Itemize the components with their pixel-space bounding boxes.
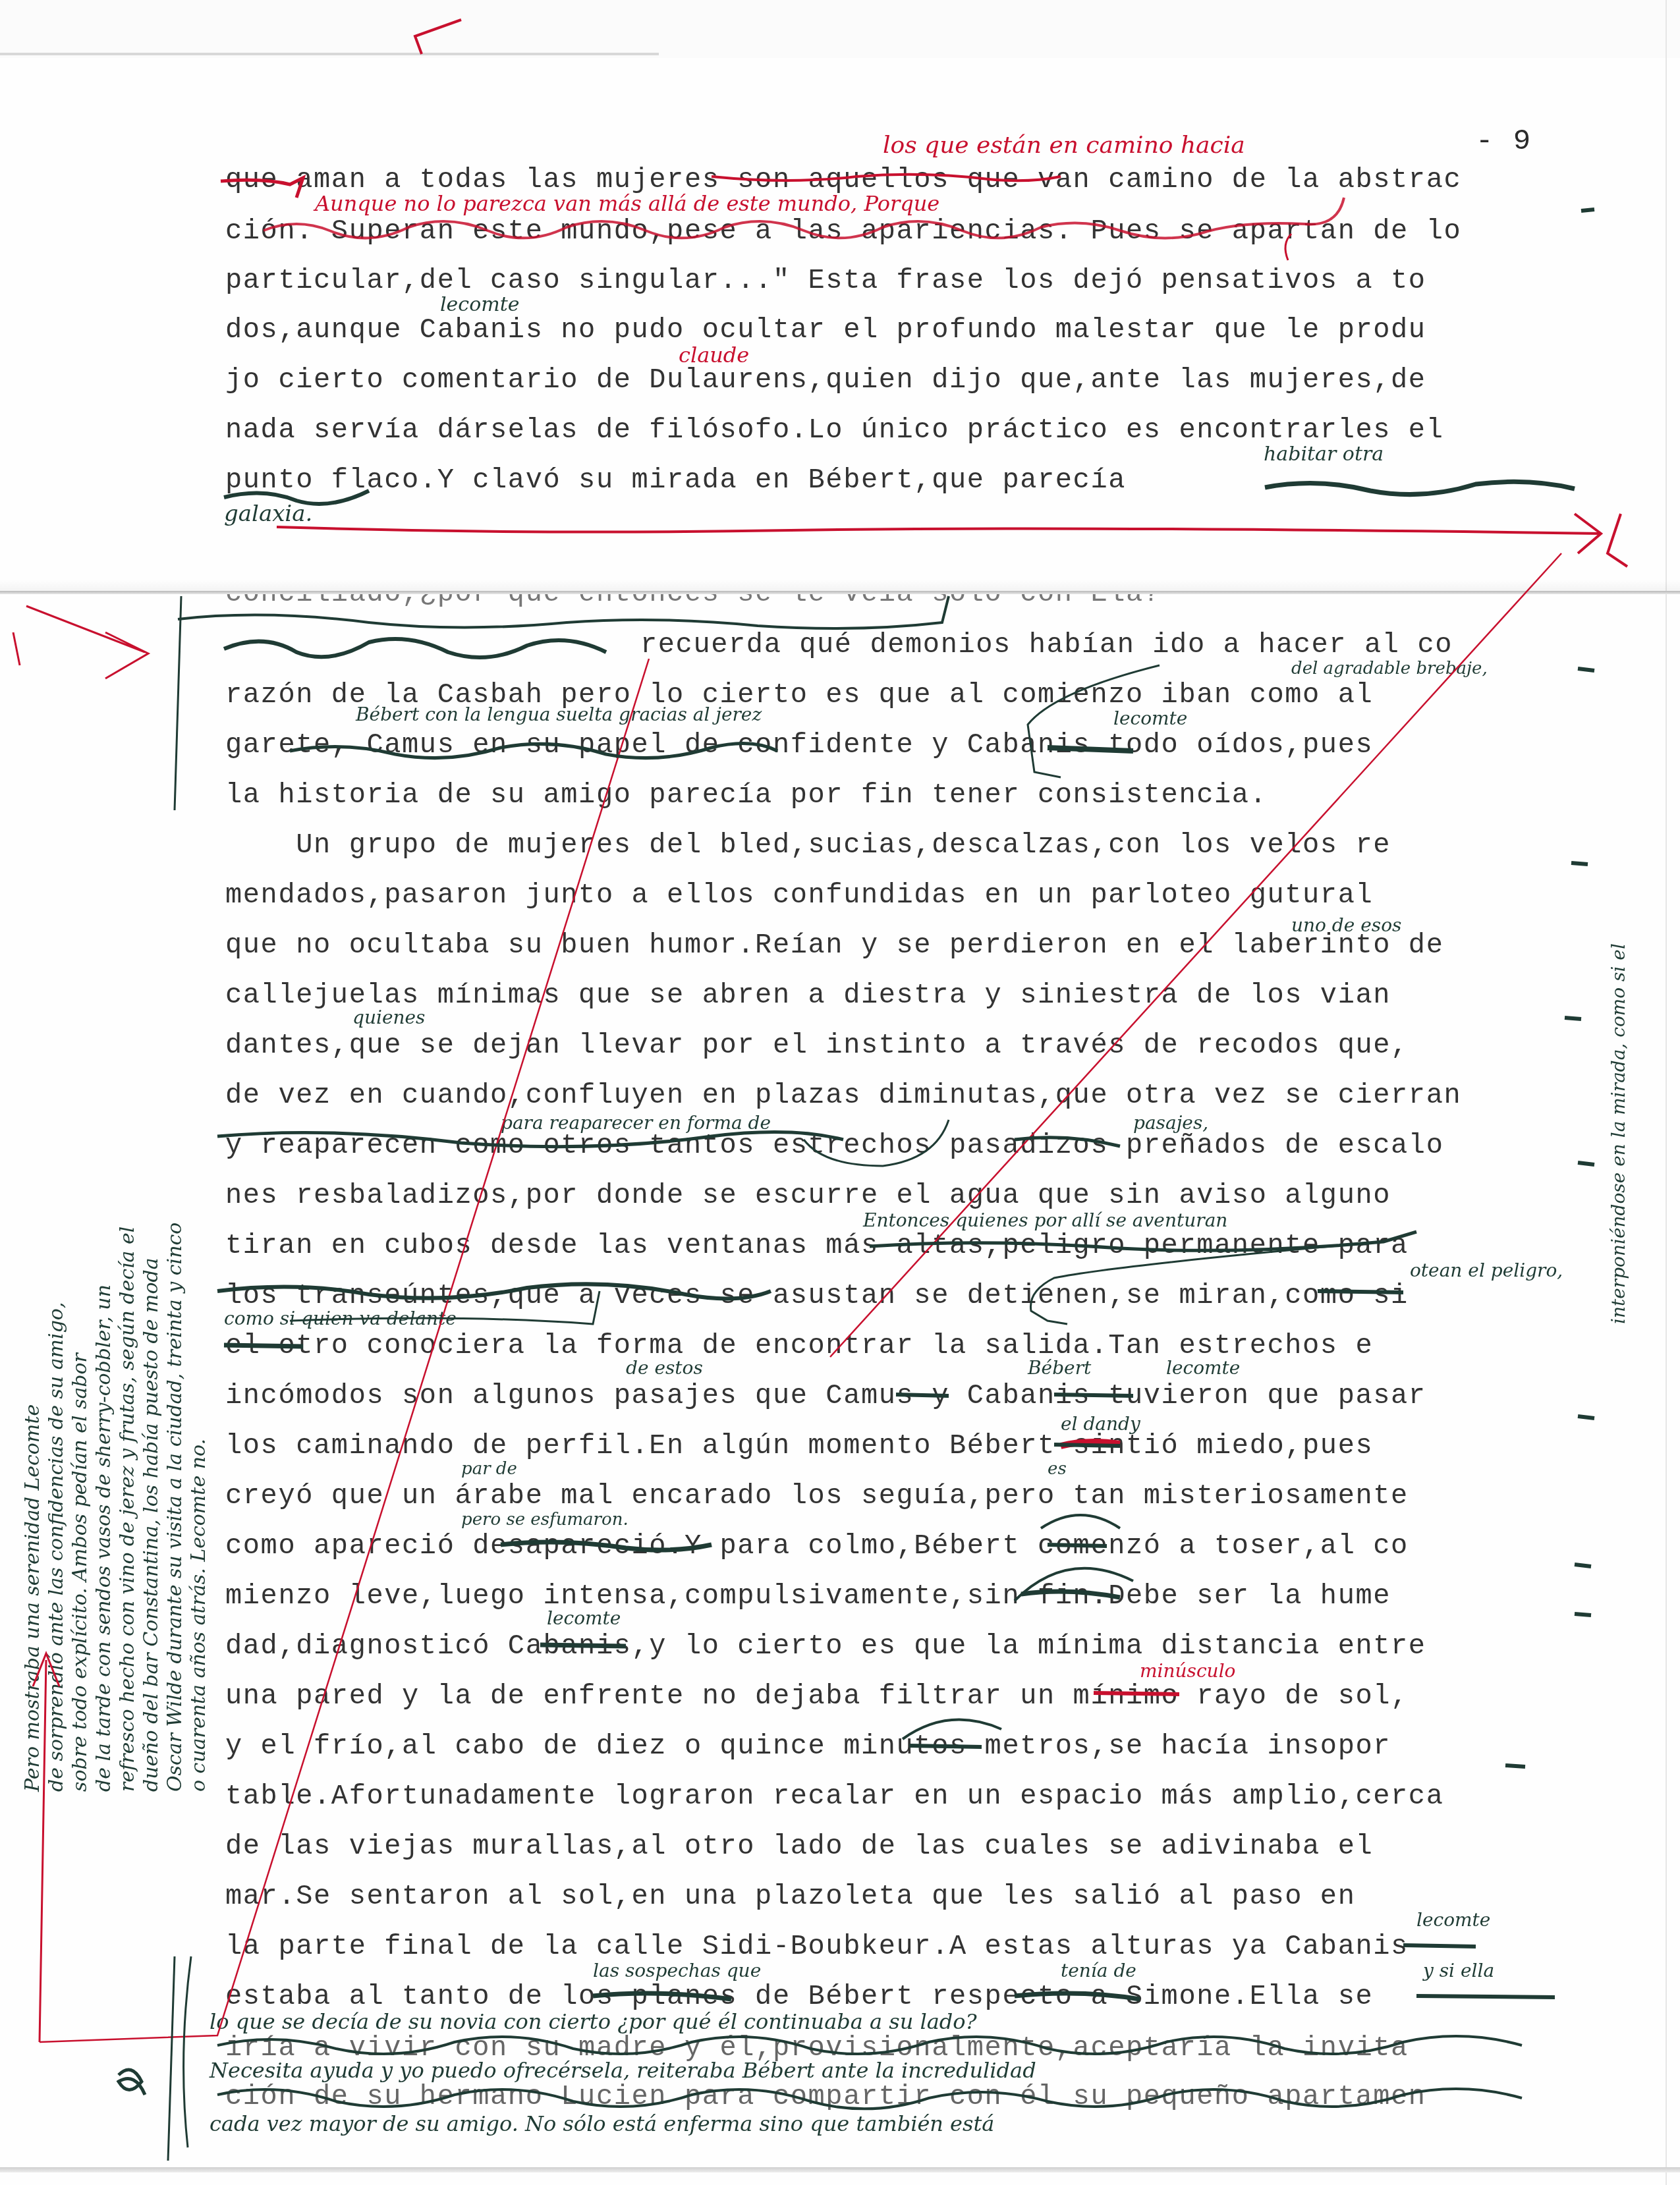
margin-bracket bbox=[175, 596, 181, 810]
hyphen-mark bbox=[1571, 863, 1588, 864]
arc-mark bbox=[1041, 1515, 1120, 1528]
typed-line: y reaparecen como otros tantos estrechos… bbox=[225, 1132, 1443, 1159]
typed-line: la parte final de la calle Sidi-Boubkeur… bbox=[225, 1933, 1409, 1960]
typed-line: mar.Se sentaron al sol,en una plazoleta … bbox=[225, 1883, 1355, 1910]
left-margin-note-line: o cuarenta años atrás. Lecomte no. bbox=[187, 1439, 210, 1792]
handwritten-insert: quienes bbox=[352, 1007, 425, 1028]
hyphen-mark bbox=[1578, 1163, 1594, 1165]
typed-line: jo cierto comentario de Dulaurens,quien … bbox=[225, 366, 1426, 394]
handwritten-insert: cada vez mayor de su amigo. No sólo está… bbox=[210, 2111, 994, 2136]
handwritten-insert: es bbox=[1048, 1459, 1067, 1479]
typed-line: nes resbaladizos,por donde se escurre el… bbox=[225, 1182, 1391, 1209]
handwritten-insert: otean el peligro, bbox=[1410, 1259, 1563, 1281]
paper-bottom-edge bbox=[0, 2167, 1680, 2172]
left-margin-note-line: de la tarde con sendos vasos de sherry-c… bbox=[92, 1285, 115, 1792]
handwritten-insert: lecomte bbox=[1416, 1909, 1490, 1931]
hyphen-mark bbox=[1575, 1564, 1591, 1566]
scribble-strikeout bbox=[224, 639, 606, 657]
typed-line: que aman a todas las mujeres son aquello… bbox=[225, 166, 1461, 194]
handwritten-insert: minúsculo bbox=[1140, 1660, 1235, 1682]
red-long-arrow bbox=[277, 527, 1601, 534]
typed-line: table.Afortunadamente lograron recalar e… bbox=[225, 1783, 1443, 1810]
handwritten-insert: el dandy bbox=[1061, 1413, 1140, 1435]
handwritten-insert: para reaparecer en forma de bbox=[501, 1112, 771, 1134]
paper-edge bbox=[0, 53, 659, 55]
handwritten-insert: par de bbox=[461, 1459, 517, 1479]
handwritten-insert: como si quien va delante bbox=[224, 1308, 457, 1329]
hyphen-mark bbox=[1578, 669, 1594, 671]
scribble-doodle-icon bbox=[119, 2070, 145, 2095]
handwritten-insert: lecomte bbox=[547, 1607, 621, 1629]
red-left-arrow-icon bbox=[26, 606, 148, 678]
left-margin-note-line: refresco hecho con vino de jerez y fruta… bbox=[116, 1227, 139, 1792]
paper-right-edge bbox=[1666, 0, 1667, 2185]
paste-over-seam bbox=[0, 591, 1680, 594]
typed-line: Un grupo de mujeres del bled,sucias,desc… bbox=[225, 831, 1391, 859]
margin-bracket bbox=[168, 1956, 175, 2161]
left-margin-note-line: Pero mostraba una serenidad Lecomte bbox=[21, 1404, 44, 1792]
typed-line: una pared y la de enfrente no dejaba fil… bbox=[225, 1682, 1409, 1710]
handwritten-insert: Entonces quienes por allí se aventuran bbox=[863, 1209, 1227, 1231]
hyphen-mark bbox=[1575, 1614, 1591, 1615]
handwritten-insert: lecomte bbox=[1166, 1357, 1240, 1379]
handwritten-insert: Necesita ayuda y yo puedo ofrecérsela, r… bbox=[210, 2058, 1036, 2083]
typed-line: los transeúntes,que a veces se asustan s… bbox=[225, 1282, 1409, 1310]
margin-bracket bbox=[184, 1956, 191, 2147]
typed-line: como apareció desapareció.Y para colmo,B… bbox=[225, 1532, 1409, 1560]
left-margin-note-line: sobre todo explícito. Ambos pedían el sa… bbox=[69, 1353, 92, 1792]
left-margin-note-line: Oscar Wilde durante su visita a la ciuda… bbox=[163, 1223, 186, 1792]
typed-line: mienzo leve,luego intensa,compulsivament… bbox=[225, 1582, 1391, 1610]
handwritten-insert: uno de esos bbox=[1291, 914, 1401, 936]
typed-line: que no ocultaba su buen humor.Reían y se… bbox=[225, 931, 1443, 959]
left-margin-note-line: dueño del bar Constantina, los había pue… bbox=[140, 1258, 163, 1792]
handwritten-insert: claude bbox=[679, 343, 749, 368]
hyphen-mark bbox=[1581, 209, 1594, 211]
typed-line: nada servía dárselas de filósofo.Lo únic… bbox=[225, 416, 1443, 444]
scribble-strikeout bbox=[1403, 1945, 1476, 1947]
typed-line: tiran en cubos desde las ventanas más al… bbox=[225, 1232, 1409, 1259]
handwritten-insert: Bébert bbox=[1028, 1357, 1091, 1379]
typed-line: ción. Superan este mundo,pese a las apar… bbox=[225, 217, 1461, 245]
handwritten-insert: lecomte bbox=[440, 293, 519, 316]
hyphen-mark bbox=[1578, 1416, 1594, 1418]
top-paper-strip bbox=[0, 0, 1680, 58]
handwritten-insert: pasajes, bbox=[1133, 1112, 1208, 1134]
handwritten-insert: los que están en camino hacia bbox=[883, 132, 1245, 159]
manuscript-page: - 9 que aman a todas las mujeres son aqu… bbox=[0, 0, 1680, 2185]
red-arrowhead-icon bbox=[1575, 514, 1601, 553]
left-margin-note-line: de sorprendió ante las confidencias de s… bbox=[45, 1302, 68, 1792]
typed-line: punto flaco.Y clavó su mirada en Bébert,… bbox=[225, 466, 1126, 494]
typed-line: dantes,que se dejan llevar por el instin… bbox=[225, 1032, 1409, 1059]
hyphen-mark bbox=[1565, 1018, 1581, 1019]
handwritten-insert: Bébert con la lengua suelta gracias al j… bbox=[356, 704, 762, 725]
typed-line: callejuelas mínimas que se abren a diest… bbox=[225, 982, 1391, 1009]
handwritten-insert: pero se esfumaron. bbox=[461, 1510, 629, 1530]
typed-line: mendados,pasaron junto a ellos confundid… bbox=[225, 881, 1373, 909]
typed-line: garete, Camus en su papel de confidente … bbox=[225, 731, 1373, 759]
handwritten-insert: tenía de bbox=[1061, 1960, 1136, 1981]
right-margin-note: interponiéndose en la mirada, como si el bbox=[1608, 943, 1629, 1324]
handwritten-insert: habitar otra bbox=[1264, 443, 1384, 466]
handwritten-insert: galaxia. bbox=[224, 501, 312, 527]
red-bracket-right bbox=[1608, 514, 1627, 567]
page-number: - 9 bbox=[1476, 125, 1532, 158]
handwritten-insert: lecomte bbox=[1113, 707, 1187, 729]
scribble-strikeout bbox=[1265, 482, 1575, 494]
typed-line: estaba al tanto de los planes de Bébert … bbox=[225, 1983, 1373, 2010]
typed-line: de vez en cuando,confluyen en plazas dim… bbox=[225, 1082, 1461, 1109]
typed-line: la historia de su amigo parecía por fin … bbox=[225, 781, 1267, 809]
handwritten-insert: las sospechas que bbox=[593, 1960, 761, 1981]
typed-line: dos,aunque Cabanis no pudo ocultar el pr… bbox=[225, 316, 1426, 344]
typed-line: los caminando de perfil.En algún momento… bbox=[225, 1432, 1373, 1460]
typed-line: incómodos son algunos pasajes que Camus … bbox=[225, 1382, 1426, 1410]
handwritten-insert: lo que se decía de su novia con cierto ¿… bbox=[210, 2009, 977, 2034]
handwritten-insert: de estos bbox=[626, 1357, 703, 1379]
typed-line: creyó que un árabe mal encarado los segu… bbox=[225, 1482, 1409, 1510]
typed-line: de las viejas murallas,al otro lado de l… bbox=[225, 1833, 1373, 1860]
scribble-strikeout bbox=[1416, 1996, 1555, 1997]
handwritten-insert: y si ella bbox=[1423, 1960, 1494, 1981]
typed-line: particular,del caso singular..." Esta fr… bbox=[225, 267, 1426, 294]
handwritten-insert: del agradable brebaje, bbox=[1291, 659, 1488, 678]
hyphen-mark bbox=[1505, 1765, 1525, 1767]
typed-line: recuerda qué demonios habían ido a hacer… bbox=[640, 631, 1453, 659]
red-margin-mark bbox=[13, 632, 20, 665]
typed-line: dad,diagnosticó Cabanis,y lo cierto es q… bbox=[225, 1632, 1426, 1660]
typed-line-struck: ción de su hermano Lucien para compartir… bbox=[225, 2083, 1426, 2111]
handwritten-insert: Aunque no lo parezca van más allá de est… bbox=[315, 191, 939, 216]
typed-line: el otro conociera la forma de encontrar … bbox=[225, 1332, 1373, 1360]
typed-line: y el frío,al cabo de diez o quince minut… bbox=[225, 1732, 1391, 1760]
